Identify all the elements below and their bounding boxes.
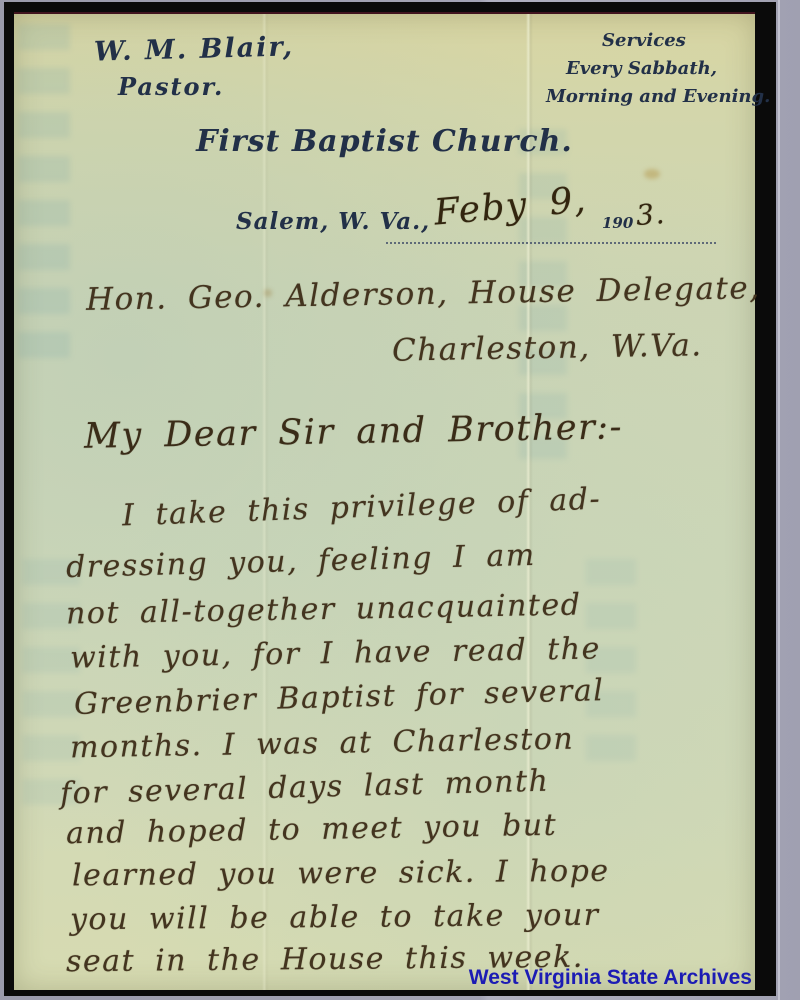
recipient-line1: Hon. Geo. Alderson, House Delegate, xyxy=(86,270,761,318)
letterhead-church-name: First Baptist Church. xyxy=(14,124,755,159)
body-line: months. I was at Charleston xyxy=(70,722,575,766)
letterhead-services-line2: Every Sabbath, xyxy=(566,58,717,79)
scanned-letter: W. M. Blair, Pastor. Services Every Sabb… xyxy=(0,0,800,1000)
body-line: learned you were sick. I hope xyxy=(72,854,610,894)
bleed-through-ghost xyxy=(18,24,70,364)
body-line: you will be able to take your xyxy=(70,898,600,938)
dateline-dotted-rule xyxy=(386,242,716,244)
body-line: dressing you, feeling I am xyxy=(66,538,536,585)
body-line: and hoped to meet you but xyxy=(66,808,558,852)
body-line: not all-together unacquainted xyxy=(66,588,582,632)
letterhead-pastor-title: Pastor. xyxy=(118,72,224,101)
dateline-year-written: 3. xyxy=(635,197,667,232)
archives-caption: West Virginia State Archives xyxy=(14,966,752,990)
letterhead-services-line3: Morning and Evening. xyxy=(546,86,770,107)
letter-paper: W. M. Blair, Pastor. Services Every Sabb… xyxy=(14,12,755,990)
letterhead-services-line1: Services xyxy=(602,30,686,51)
dateline-place: Salem, W. Va., xyxy=(236,208,430,235)
paper-stain xyxy=(644,169,660,179)
mat-edge-highlight xyxy=(778,0,780,1000)
letterhead-pastor-name: W. M. Blair, xyxy=(94,31,295,67)
body-line: with you, for I have read the xyxy=(70,631,601,675)
body-line: for several days last month xyxy=(60,764,550,812)
recipient-line2: Charleston, W.Va. xyxy=(392,327,703,368)
dateline-year-printed: 190 xyxy=(602,214,633,232)
